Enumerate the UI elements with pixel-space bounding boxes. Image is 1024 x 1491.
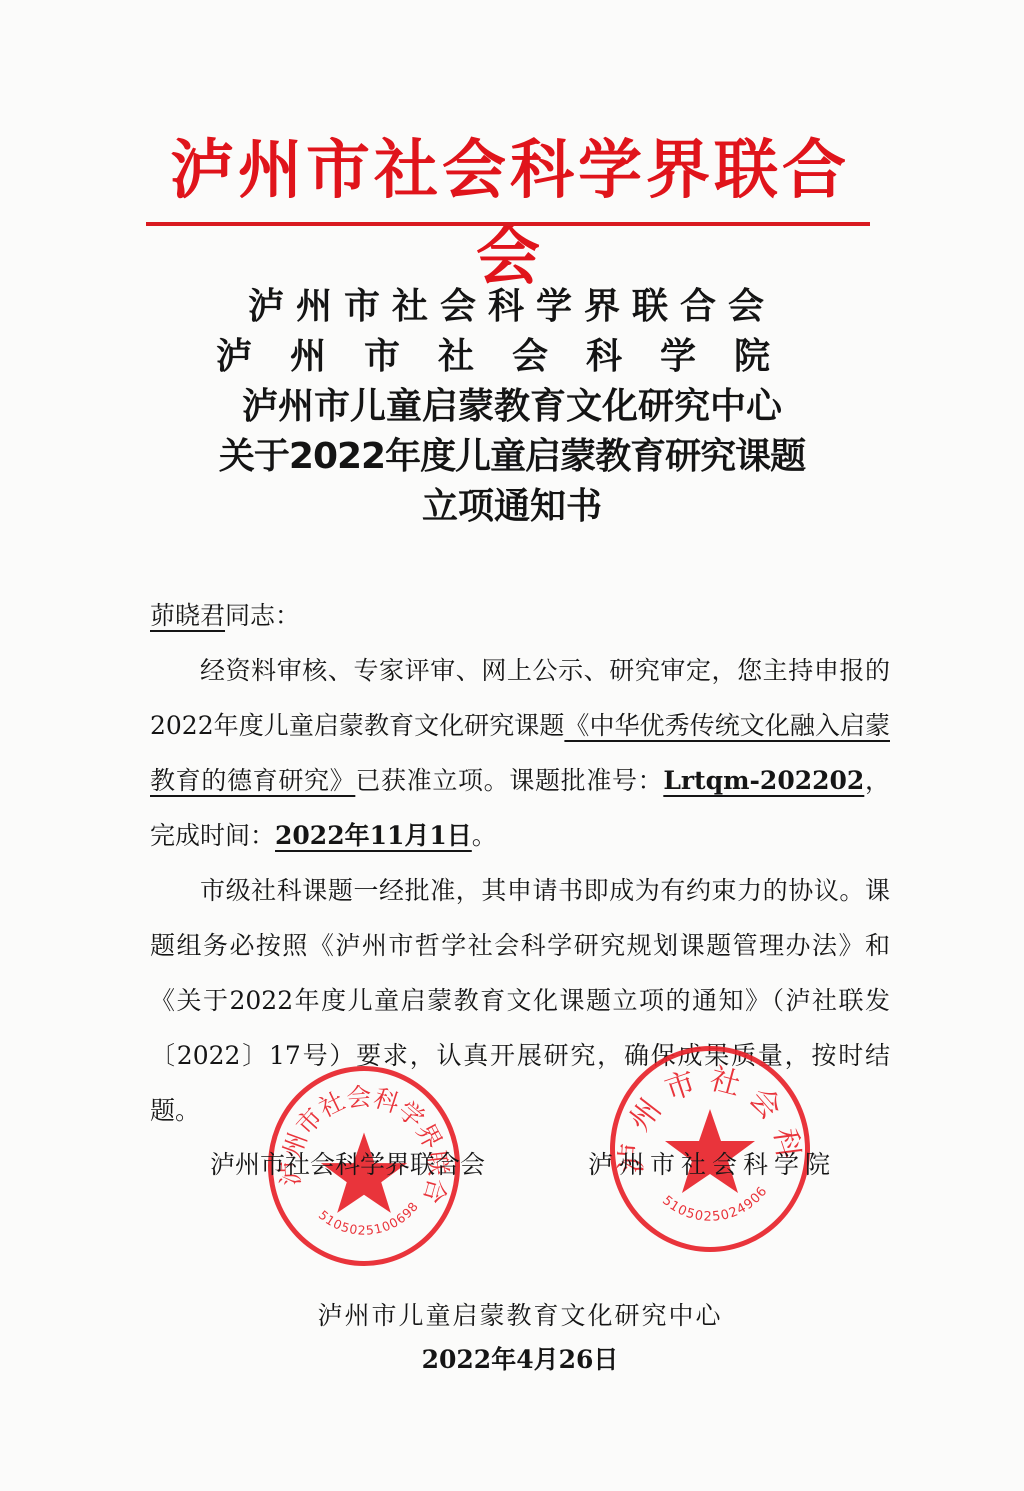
document-title: 泸州市社会科学界联合会 泸州市社会科学院 泸州市儿童启蒙教育文化研究中心 关于2… [150,282,874,532]
letterhead-org-name: 泸州市社会科学界联合会 [140,128,880,300]
footer-date: 2022年4月26日 [300,1340,740,1376]
svg-text:5105025024906: 5105025024906 [659,1184,771,1225]
footer-organization: 泸州市儿童启蒙教育文化研究中心 [300,1296,740,1332]
signature-federation: 泸州市社会科学界联合会 [210,1145,485,1181]
salutation-suffix: 同志： [225,601,300,630]
title-line-4: 关于2022年度儿童启蒙教育研究课题 [150,432,874,482]
svg-text:5105025100698: 5105025100698 [316,1198,422,1237]
salutation: 茆晓君同志： [150,588,890,643]
signature-academy: 泸州市社会科学院 [588,1145,836,1181]
title-line-2: 泸州市社会科学院 [150,332,874,382]
completion-date: 2022年11月1日 [275,821,472,850]
title-line-3: 泸州市儿童启蒙教育文化研究中心 [150,382,874,432]
period: 。 [472,821,497,850]
paragraph-approval: 经资料审核、专家评审、网上公示、研究审定，您主持申报的2022年度儿童启蒙教育文… [150,643,890,863]
title-line-5: 立项通知书 [150,482,874,532]
approval-number: Lrtqm-202202 [663,766,864,795]
approval-text-2: 已获准立项。课题批准号： [355,766,663,795]
title-line-1: 泸州市社会科学界联合会 [150,282,874,332]
letterhead-divider [146,222,870,226]
recipient-name: 茆晓君 [150,601,225,630]
